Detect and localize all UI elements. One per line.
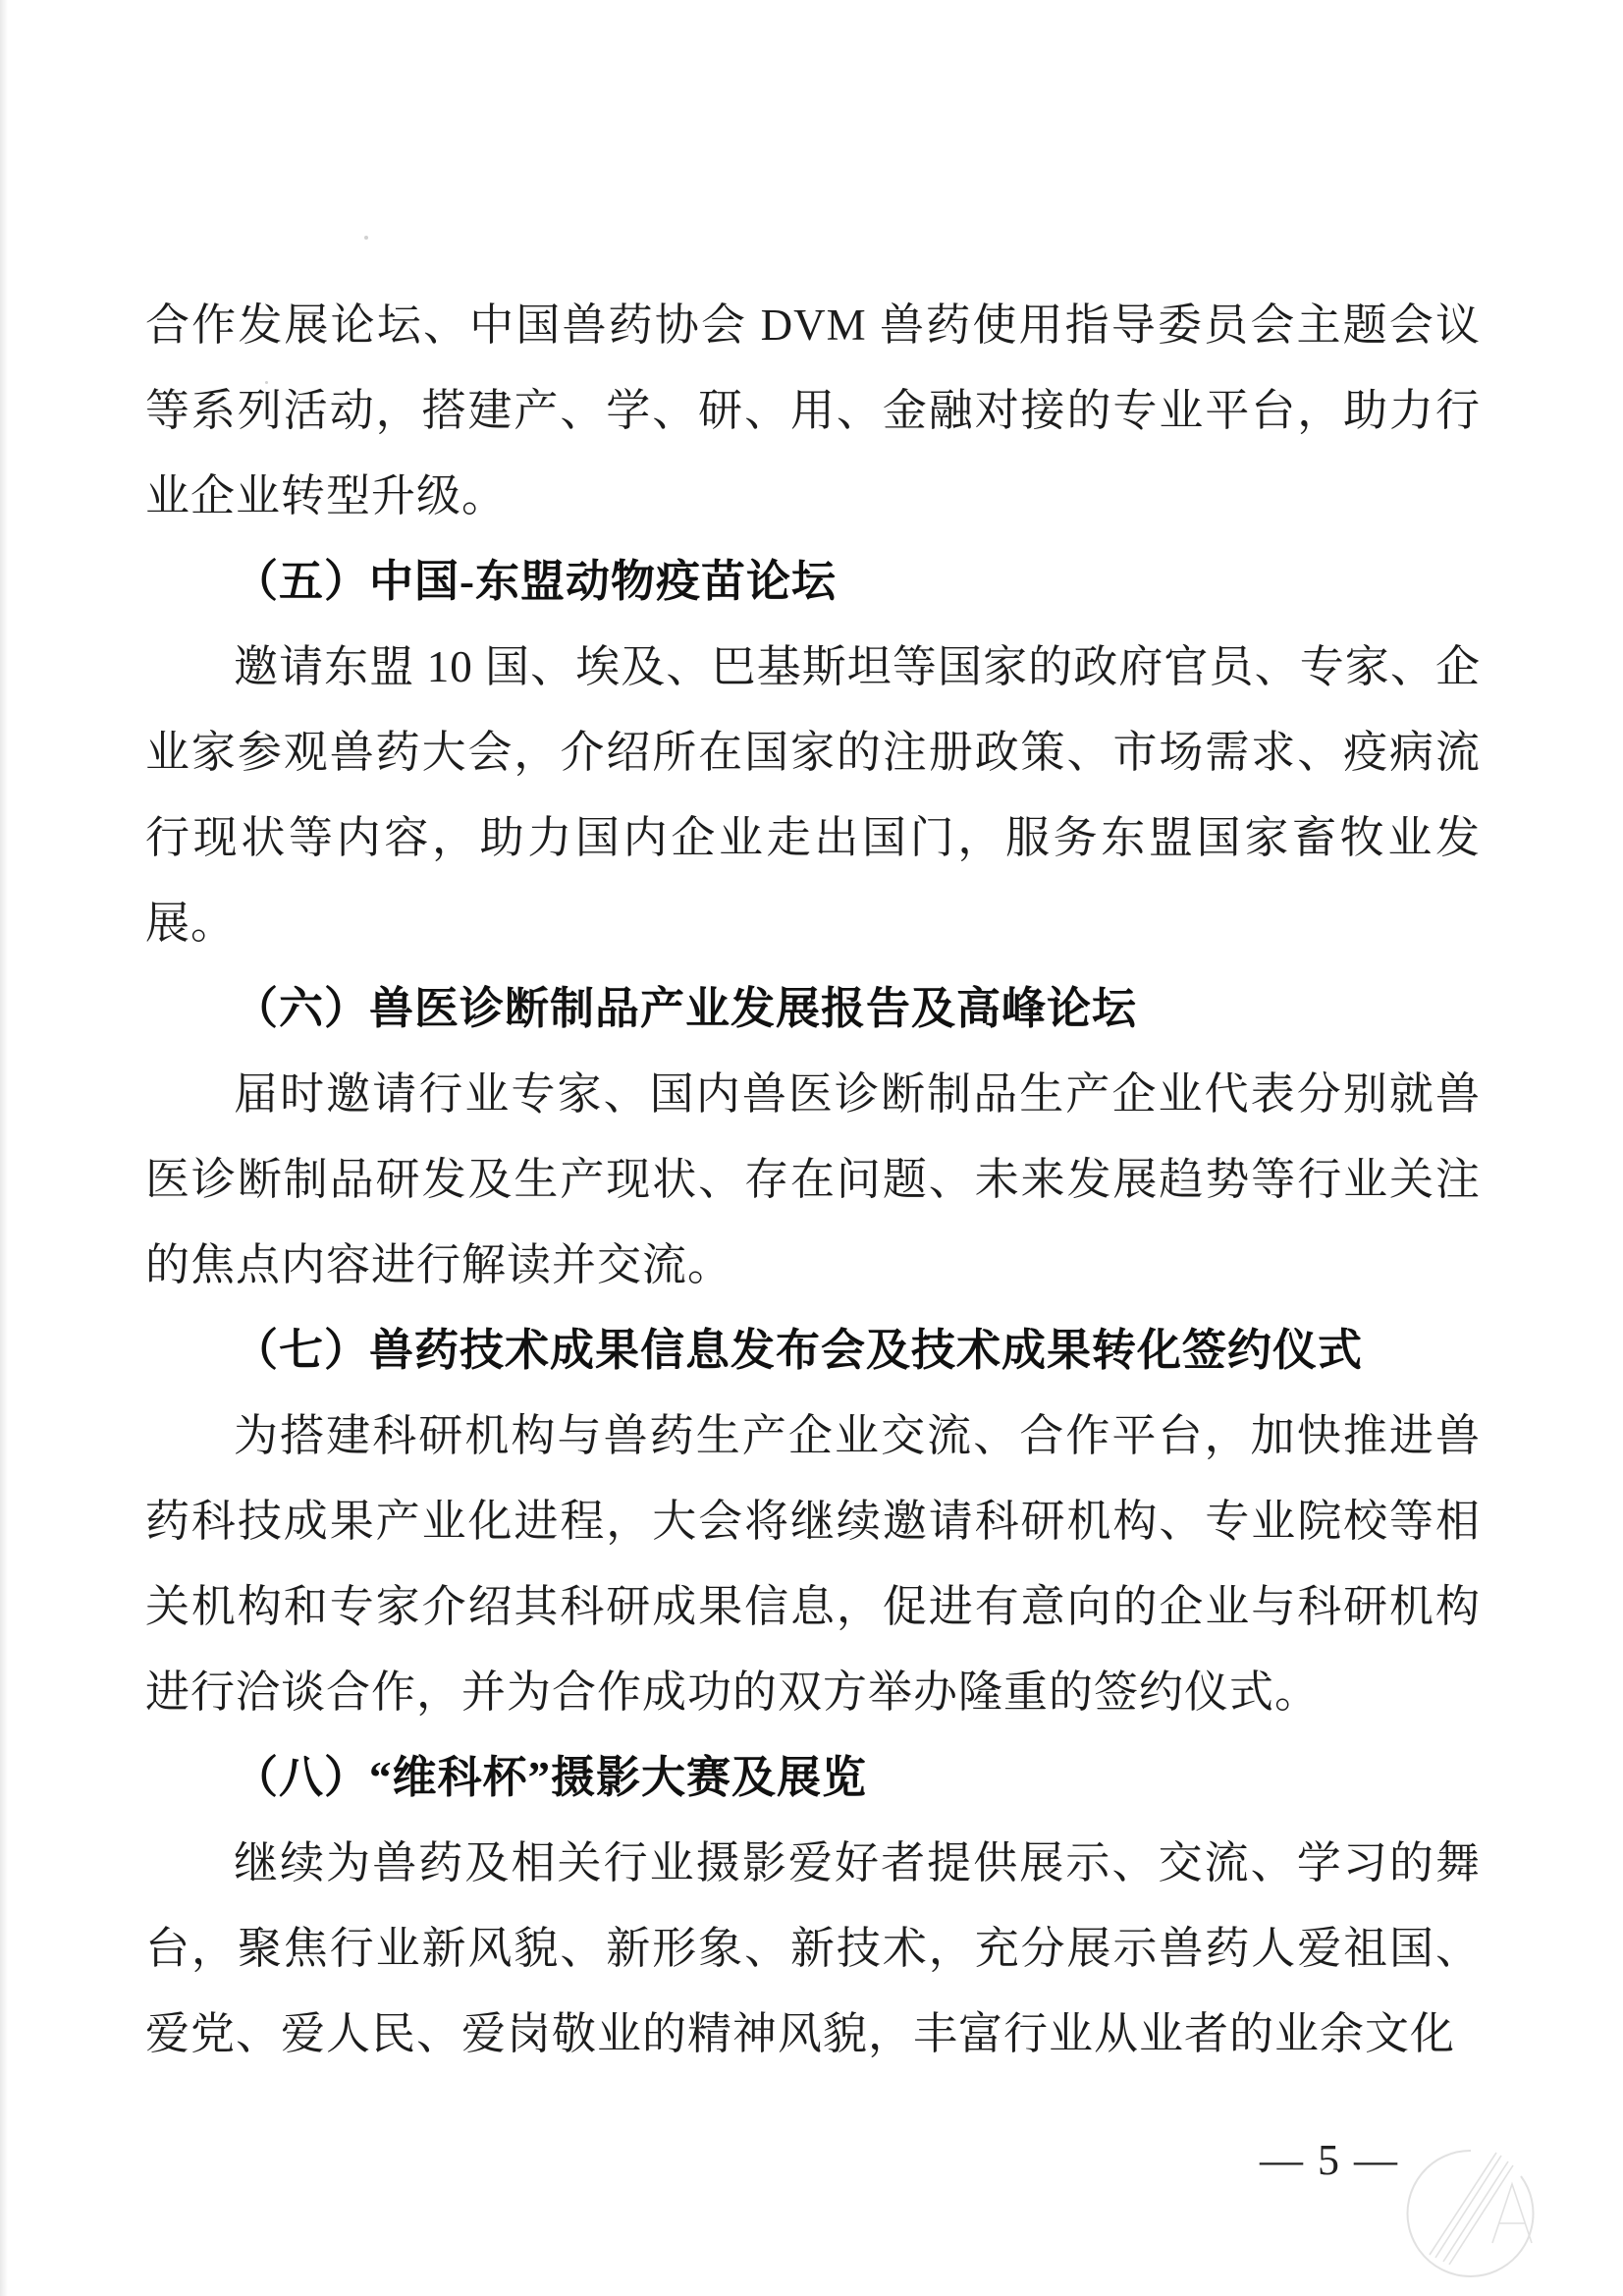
page-number: — 5 —: [1260, 2131, 1399, 2190]
paragraph-continuation: 合作发展论坛、中国兽药协会 DVM 兽药使用指导委员会主题会议等系列活动，搭建产…: [145, 283, 1481, 539]
section-8-paragraph: 继续为兽药及相关行业摄影爱好者提供展示、交流、学习的舞台，聚焦行业新风貌、新形象…: [145, 1821, 1481, 2077]
section-5-paragraph: 邀请东盟 10 国、埃及、巴基斯坦等国家的政府官员、专家、企业家参观兽药大会，介…: [145, 625, 1481, 966]
association-logo-watermark: [1402, 2137, 1549, 2296]
scan-edge-shadow: [0, 0, 8, 2296]
section-5-heading: （五）中国-东盟动物疫苗论坛: [145, 539, 1481, 625]
document-body: 合作发展论坛、中国兽药协会 DVM 兽药使用指导委员会主题会议等系列活动，搭建产…: [145, 283, 1481, 2077]
scan-artifact-dot: [364, 236, 368, 240]
section-8-heading: （八）“维科杯”摄影大赛及展览: [145, 1735, 1481, 1821]
scanned-document-page: 合作发展论坛、中国兽药协会 DVM 兽药使用指导委员会主题会议等系列活动，搭建产…: [0, 0, 1623, 2296]
scan-artifact-dot: [265, 381, 268, 384]
section-6-paragraph: 届时邀请行业专家、国内兽医诊断制品生产企业代表分别就兽医诊断制品研发及生产现状、…: [145, 1052, 1481, 1308]
section-6-heading: （六）兽医诊断制品产业发展报告及高峰论坛: [145, 966, 1481, 1052]
section-7-heading: （七）兽药技术成果信息发布会及技术成果转化签约仪式: [145, 1308, 1481, 1394]
section-7-paragraph: 为搭建科研机构与兽药生产企业交流、合作平台，加快推进兽药科技成果产业化进程，大会…: [145, 1394, 1481, 1735]
